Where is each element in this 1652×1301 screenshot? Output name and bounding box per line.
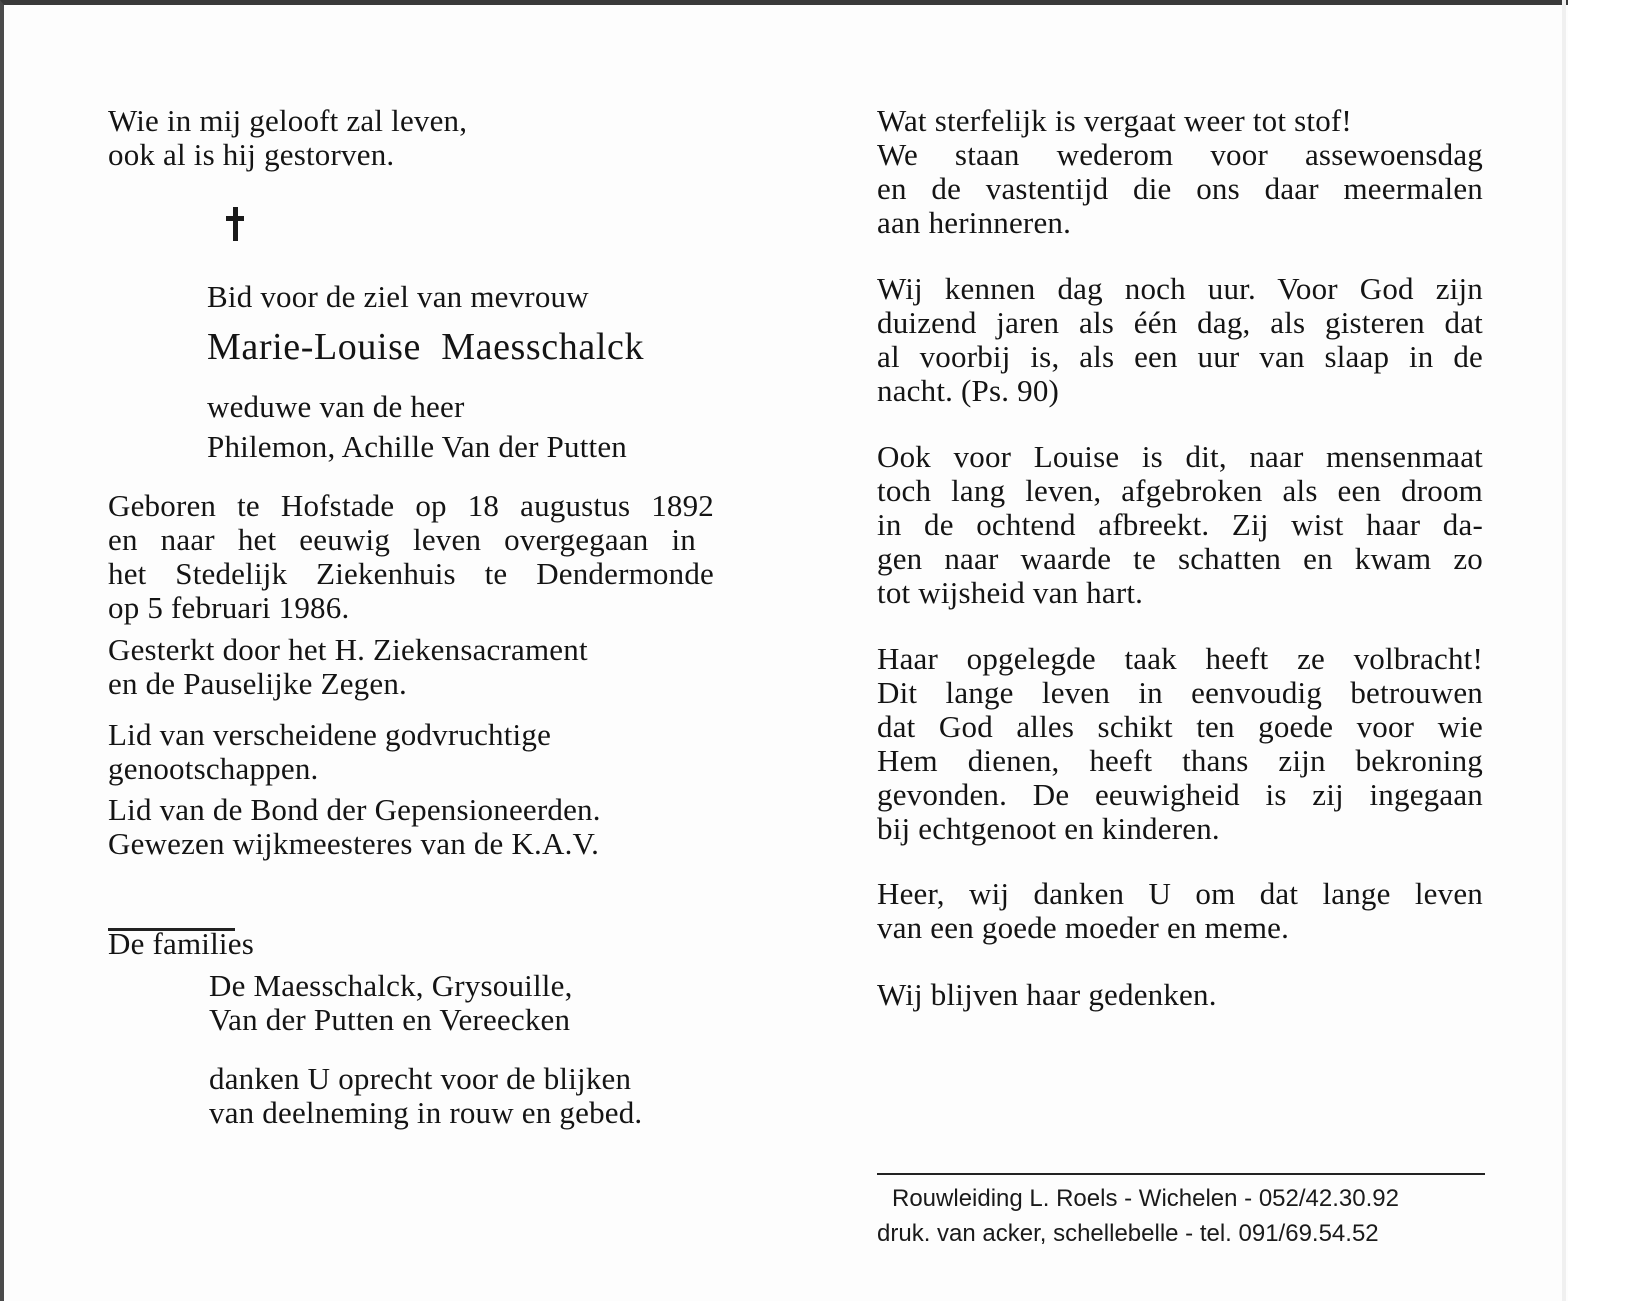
- paragraph-2-line-4: nacht. (Ps. 90): [877, 374, 1059, 408]
- paragraph-1-line-3: en de vastentijd die ons daar meermalen: [877, 172, 1483, 206]
- membership-line-4: Gewezen wijkmeesteres van de K.A.V.: [108, 827, 599, 861]
- funeral-director-credit: Rouwleiding L. Roels - Wichelen - 052/42…: [892, 1184, 1399, 1214]
- scripture-line-1: Wie in mij gelooft zal leven,: [108, 104, 467, 138]
- paragraph-4-line-4: Hem dienen, heeft thans zijn bekroning: [877, 744, 1483, 778]
- paragraph-4-line-5: gevonden. De eeuwigheid is zij ingegaan: [877, 778, 1483, 812]
- sacraments-line-2: en de Pauselijke Zegen.: [108, 667, 407, 701]
- life-details-line-2: en naar het eeuwig leven overgegaan in: [108, 523, 696, 557]
- thanks-line-2: van deelneming in rouw en gebed.: [209, 1096, 642, 1130]
- footer-divider: [877, 1173, 1485, 1175]
- life-details-line-4: op 5 februari 1986.: [108, 591, 349, 625]
- paragraph-4-line-3: dat God alles schikt ten goede voor wie: [877, 710, 1483, 744]
- families-line-2: Van der Putten en Vereecken: [209, 1003, 570, 1037]
- widow-line: weduwe van de heer: [207, 390, 465, 424]
- paragraph-5-line-1: Heer, wij danken U om dat lange leven: [877, 877, 1483, 911]
- sacraments-line-1: Gesterkt door het H. Ziekensacrament: [108, 633, 588, 667]
- life-details-line-1: Geboren te Hofstade op 18 augustus 1892: [108, 489, 714, 523]
- cross-icon: [226, 207, 244, 241]
- paragraph-2-line-2: duizend jaren als één dag, als gisteren …: [877, 306, 1483, 340]
- deceased-name: Marie-Louise Maesschalck: [207, 330, 644, 364]
- paragraph-2-line-3: al voorbij is, als een uur van slaap in …: [877, 340, 1483, 374]
- spouse-name: Philemon, Achille Van der Putten: [207, 430, 627, 464]
- scripture-line-2: ook al is hij gestorven.: [108, 138, 394, 172]
- printer-credit: druk. van acker, schellebelle - tel. 091…: [877, 1219, 1379, 1249]
- families-label: De families: [108, 927, 254, 961]
- paragraph-4-line-2: Dit lange leven in eenvoudig betrouwen: [877, 676, 1483, 710]
- families-line-1: De Maesschalck, Grysouille,: [209, 969, 573, 1003]
- paragraph-1-line-2: We staan wederom voor assewoensdag: [877, 138, 1483, 172]
- paragraph-3-line-3: in de ochtend afbreekt. Zij wist haar da…: [877, 508, 1483, 542]
- paragraph-4-line-6: bij echtgenoot en kinderen.: [877, 812, 1220, 846]
- paragraph-3-line-4: gen naar waarde te schatten en kwam zo: [877, 542, 1483, 576]
- membership-line-2: genootschappen.: [108, 752, 318, 786]
- membership-line-3: Lid van de Bond der Gepensioneerden.: [108, 793, 601, 827]
- membership-line-1: Lid van verscheidene godvruchtige: [108, 718, 551, 752]
- closing-line: Wij blijven haar gedenken.: [877, 978, 1217, 1012]
- paragraph-4-line-1: Haar opgelegde taak heeft ze volbracht!: [877, 642, 1483, 676]
- thanks-line-1: danken U oprecht voor de blijken: [209, 1062, 631, 1096]
- life-details-line-3: het Stedelijk Ziekenhuis te Dendermonde: [108, 557, 714, 591]
- paragraph-1-line-4: aan herinneren.: [877, 206, 1071, 240]
- paragraph-3-line-1: Ook voor Louise is dit, naar mensenmaat: [877, 440, 1483, 474]
- paragraph-3-line-5: tot wijsheid van hart.: [877, 576, 1143, 610]
- card-edge: [1562, 0, 1566, 1301]
- paragraph-3-line-2: toch lang leven, afgebroken als een droo…: [877, 474, 1483, 508]
- paragraph-2-line-1: Wij kennen dag noch uur. Voor God zijn: [877, 272, 1483, 306]
- prayer-intro: Bid voor de ziel van mevrouw: [207, 280, 589, 314]
- paragraph-1-line-1: Wat sterfelijk is vergaat weer tot stof!: [877, 104, 1352, 138]
- paragraph-5-line-2: van een goede moeder en meme.: [877, 911, 1289, 945]
